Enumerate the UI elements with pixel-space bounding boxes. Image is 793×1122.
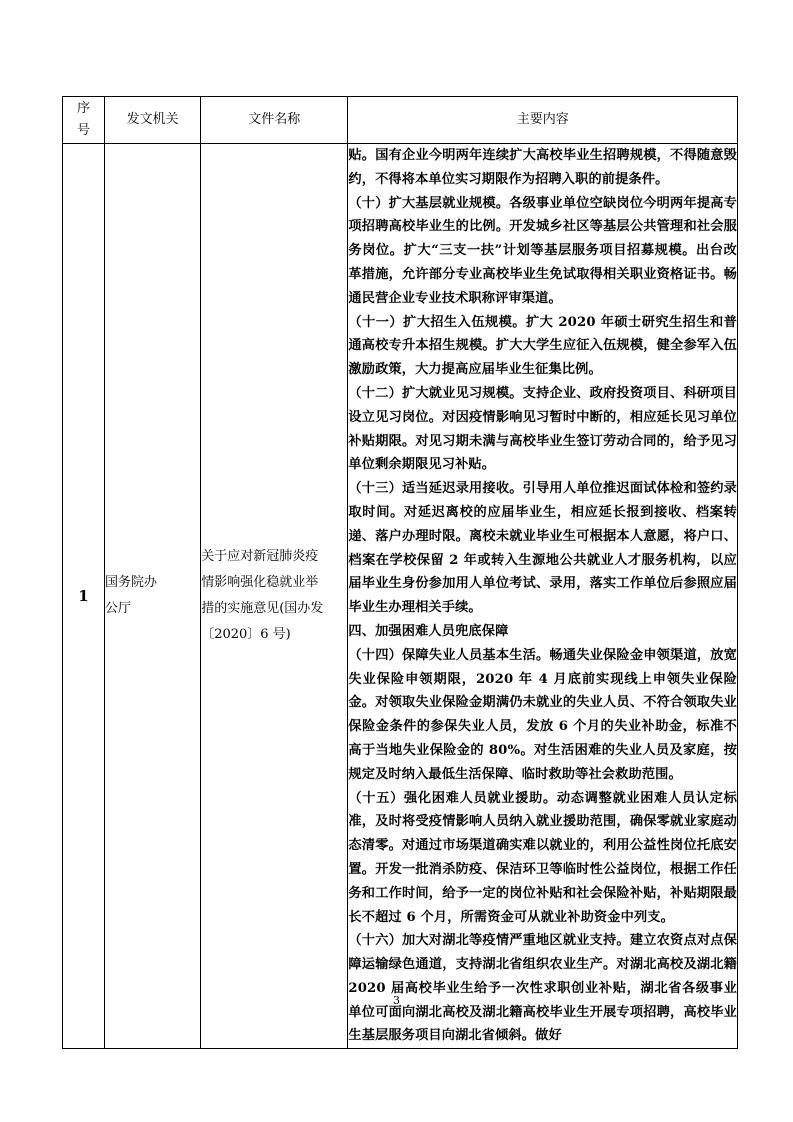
agency-line: 公厅 [105, 601, 131, 616]
content-paragraph: 贴。国有企业今明两年连续扩大高校毕业生招聘规模，不得随意毁约，不得将本单位实习期… [348, 144, 737, 192]
document-page: 序 号 发文机关 文件名称 主要内容 1 国务院办 公厅 关于应对新冠肺炎疫 情… [0, 0, 793, 1122]
content-paragraph: （十四）保障失业人员基本生活。畅通失业保险金申领渠道，放宽失业保险申领期限，20… [348, 644, 737, 787]
page-number: 3 [0, 994, 793, 1007]
header-main-content: 主要内容 [348, 97, 738, 144]
row-document-name: 关于应对新冠肺炎疫 情影响强化稳就业举 措的实施意见(国办发 〔2020〕6 号… [201, 144, 348, 1049]
content-paragraph: （十二）扩大就业见习规模。支持企业、政府投资项目、科研项目设立见习岗位。对因疫情… [348, 382, 737, 477]
document-name-line: 〔2020〕6 号) [201, 627, 291, 642]
content-section-heading: 四、加强困难人员兜底保障 [348, 620, 737, 644]
content-paragraph: （十五）强化困难人员就业援助。动态调整就业困难人员认定标准，及时将受疫情影响人员… [348, 787, 737, 930]
row-issuing-agency: 国务院办 公厅 [105, 144, 201, 1049]
document-name-line: 关于应对新冠肺炎疫 [201, 549, 318, 564]
header-document-name: 文件名称 [201, 97, 348, 144]
header-issuing-agency: 发文机关 [105, 97, 201, 144]
header-serial-number: 序 号 [63, 97, 105, 144]
content-paragraph: （十三）适当延迟录用接收。引导用人单位推迟面试体检和签约录取时间。对延迟离校的应… [348, 477, 737, 620]
table-row: 1 国务院办 公厅 关于应对新冠肺炎疫 情影响强化稳就业举 措的实施意见(国办发… [63, 144, 738, 1049]
content-paragraph: （十一）扩大招生入伍规模。扩大 2020 年硕士研究生招生和普通高校专升本招生规… [348, 311, 737, 382]
row-serial-number: 1 [63, 144, 105, 1049]
table-header-row: 序 号 发文机关 文件名称 主要内容 [63, 97, 738, 144]
content-paragraph: （十）扩大基层就业规模。各级事业单位空缺岗位今明两年提高专项招聘高校毕业生的比例… [348, 192, 737, 311]
document-name-line: 措的实施意见(国办发 [201, 601, 323, 616]
policy-table: 序 号 发文机关 文件名称 主要内容 1 国务院办 公厅 关于应对新冠肺炎疫 情… [62, 96, 738, 1049]
header-serial-line-2: 号 [77, 123, 90, 138]
header-serial-line-1: 序 [77, 101, 90, 116]
document-name-line: 情影响强化稳就业举 [201, 575, 318, 590]
row-main-content: 贴。国有企业今明两年连续扩大高校毕业生招聘规模，不得随意毁约，不得将本单位实习期… [348, 144, 738, 1049]
agency-line: 国务院办 [105, 575, 157, 590]
content-paragraph: （十六）加大对湖北等疫情严重地区就业支持。建立农资点对点保障运输绿色通道，支持湖… [348, 929, 737, 1048]
